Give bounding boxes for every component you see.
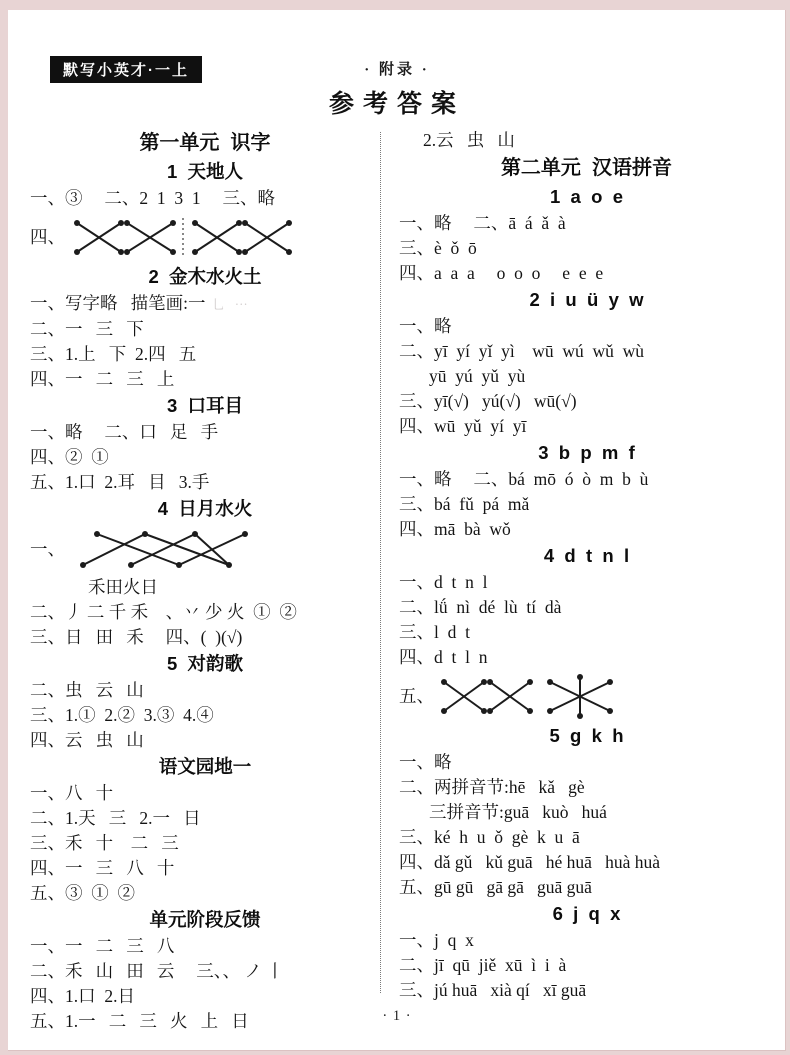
answer-line: 四、云 虫 山 — [30, 728, 380, 753]
lesson-heading: 3 口耳目 — [30, 392, 380, 420]
answer-line: 三、l d t — [399, 620, 774, 645]
answer-line: 五、1.口 2.耳 目 3.手 — [30, 470, 380, 495]
lesson-heading: 1 a o e — [399, 183, 774, 211]
answer-line: 四、a a a o o o e e e — [399, 261, 774, 286]
answer-line: 一、一 二 三 八 — [30, 934, 380, 959]
answer-line: 一、d t n l — [399, 570, 774, 595]
match-lines-diagram — [69, 214, 297, 260]
answer-line: 一、③ 二、2 1 3 1 三、略 — [30, 186, 380, 211]
answer-line: 一、八 十 — [30, 781, 380, 806]
answer-line: 三、jú huā xià qí xī guā — [399, 978, 774, 1003]
lesson-heading: 4 d t n l — [399, 542, 774, 570]
answer-line: 二、一 三 下 — [30, 317, 380, 342]
answer-line: 四、② ① — [30, 445, 380, 470]
two-column-layout: 第一单元 识字 1 天地人 一、③ 二、2 1 3 1 三、略 四、 — [30, 128, 774, 1007]
faint-pencil-marks: 乚 ⋯ — [206, 297, 248, 312]
answer-text: 一、写字略 描笔画:一 — [30, 293, 206, 313]
answer-line: 四、d t l n — [399, 645, 774, 670]
answer-line: 2.云 虫 山 — [399, 128, 774, 153]
answer-line: 四、1.口 2.日 — [30, 984, 380, 1009]
answer-line: 一、j q x — [399, 928, 774, 953]
left-column: 第一单元 识字 1 天地人 一、③ 二、2 1 3 1 三、略 四、 — [30, 128, 380, 1007]
match-lines-diagram — [69, 524, 281, 574]
unit-heading: 第一单元 识字 — [30, 128, 380, 158]
answer-label: 四、 — [30, 225, 65, 250]
answer-line: 一、略 二、ā á ǎ à — [399, 211, 774, 236]
answer-line: 二、虫 云 山 — [30, 678, 380, 703]
answer-line: 一、略 — [399, 750, 774, 775]
lesson-heading: 语文园地一 — [30, 753, 380, 781]
answer-line: 禾田火日 — [30, 575, 380, 600]
match-lines-diagram — [438, 673, 620, 719]
answer-label: 一、 — [30, 537, 65, 562]
answer-line: 三、bá fǔ pá mǎ — [399, 492, 774, 517]
scanned-page: 默写小英才·一上 · 附录 · 参考答案 第一单元 识字 1 天地人 一、③ 二… — [0, 0, 790, 1055]
answer-line: 三、1.上 下 2.四 五 — [30, 342, 380, 367]
answer-line: 三、日 田 禾 四、( )(√) — [30, 625, 380, 650]
answer-line: 一、写字略 描笔画:一 乚 ⋯ — [30, 291, 380, 317]
answer-line: 四、一 三 八 十 — [30, 856, 380, 881]
answer-line: 二、lǘ nì dé lù tí dà — [399, 595, 774, 620]
answer-line: 四、mā bà wǒ — [399, 517, 774, 542]
page-number: · 1 · — [8, 1008, 786, 1025]
answer-line: 三、禾 十 二 三 — [30, 831, 380, 856]
appendix-label: · 附录 · — [8, 58, 786, 79]
answer-line: 三、ké h u ǒ gè k u ā — [399, 825, 774, 850]
answer-line: 三、è ǒ ō — [399, 236, 774, 261]
answer-line: 二、1.天 三 2.一 日 — [30, 806, 380, 831]
lesson-heading: 2 金木水火土 — [30, 263, 380, 291]
answer-line: yū yú yǔ yù — [399, 364, 774, 389]
answer-line: 三、1.① 2.② 3.③ 4.④ — [30, 703, 380, 728]
answer-line: 三拼音节:guā kuò huá — [399, 800, 774, 825]
matching-exercise-row: 五、 — [399, 670, 774, 722]
lesson-heading: 单元阶段反馈 — [30, 906, 380, 934]
answer-line: 四、dǎ gǔ kǔ guā hé huā huà huà — [399, 850, 774, 875]
answer-line: 二、jī qū jiě xū ì i à — [399, 953, 774, 978]
answer-line: 四、一 二 三 上 — [30, 367, 380, 392]
answer-line: 二、禾 山 田 云 三、、 ノ 丨 — [30, 959, 380, 984]
answer-label: 五、 — [399, 684, 434, 709]
lesson-heading: 4 日月水火 — [30, 495, 380, 523]
answer-line: 一、略 二、bá mō ó ò m b ù — [399, 467, 774, 492]
answer-line: 五、gū gū gā gā guā guā — [399, 875, 774, 900]
unit-heading: 第二单元 汉语拼音 — [399, 153, 774, 183]
answer-line: 二、yī yí yǐ yì wū wú wǔ wù — [399, 339, 774, 364]
lesson-heading: 3 b p m f — [399, 439, 774, 467]
answer-line: 一、略 — [399, 314, 774, 339]
answer-line: 四、wū yǔ yí yī — [399, 414, 774, 439]
answer-line: 二、两拼音节:hē kǎ gè — [399, 775, 774, 800]
answer-line: 五、③ ① ② — [30, 881, 380, 906]
page-title: 参考答案 — [8, 84, 786, 120]
right-column: 2.云 虫 山 第二单元 汉语拼音 1 a o e 一、略 二、ā á ǎ à … — [381, 128, 774, 1007]
answer-line: 一、略 二、口 足 手 — [30, 420, 380, 445]
lesson-heading: 2 i u ü y w — [399, 286, 774, 314]
lesson-heading: 1 天地人 — [30, 158, 380, 186]
lesson-heading: 6 j q x — [399, 900, 774, 928]
lesson-heading: 5 g k h — [399, 722, 774, 750]
answer-key-page: 默写小英才·一上 · 附录 · 参考答案 第一单元 识字 1 天地人 一、③ 二… — [8, 10, 786, 1051]
lesson-heading: 5 对韵歌 — [30, 650, 380, 678]
answer-line: 三、yī(√) yú(√) wū(√) — [399, 389, 774, 414]
answer-line: 二、丿 二 千 禾 、丷 少 火 ① ② — [30, 600, 380, 625]
matching-exercise-row: 一、 — [30, 523, 380, 575]
matching-exercise-row: 四、 — [30, 211, 380, 263]
